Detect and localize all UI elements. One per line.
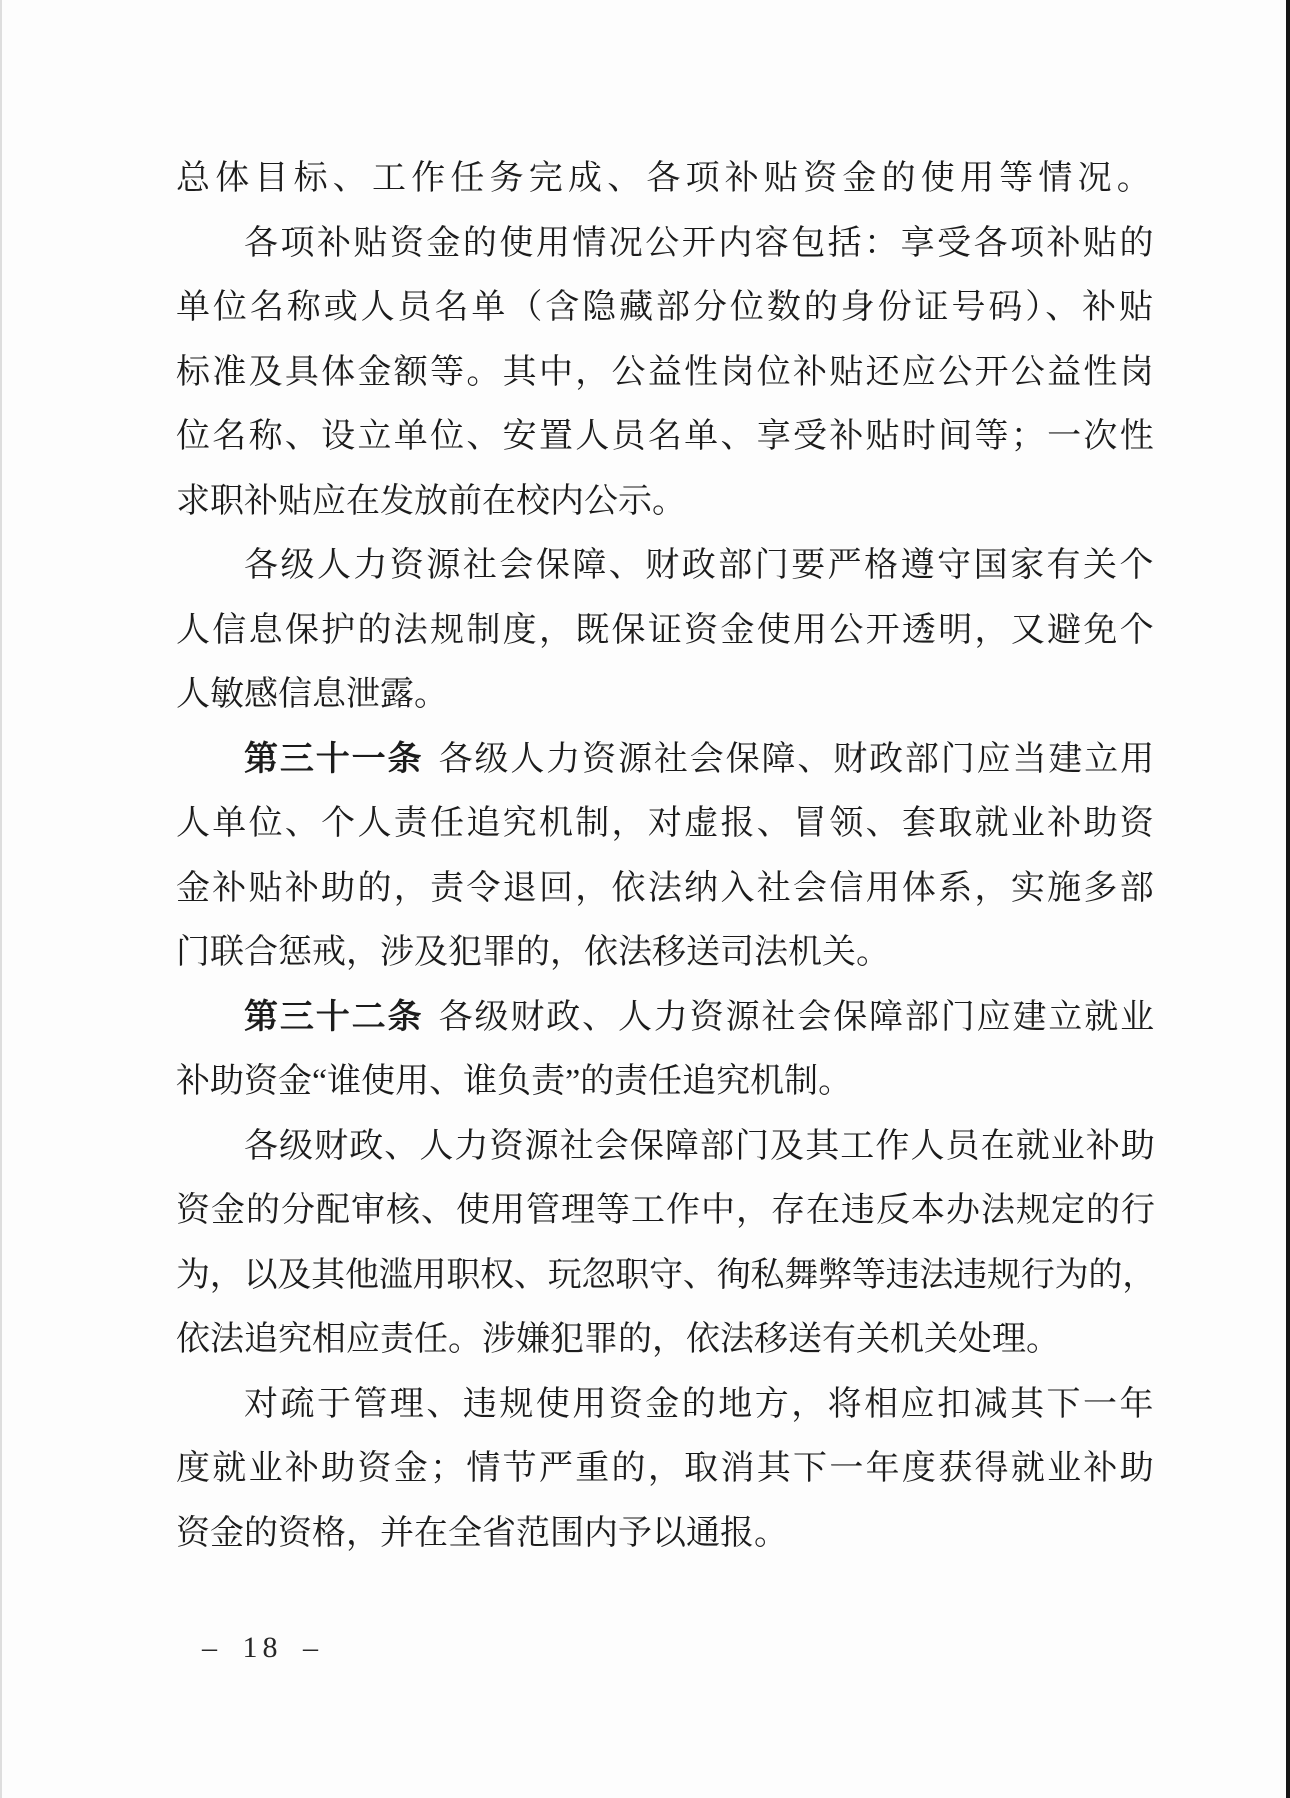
line-text: 度就业补助资金；情节严重的，取消其下一年度获得就业补助 [176,1450,1156,1487]
text-line: 标准及具体金额等。其中，公益性岗位补贴还应公开公益性岗 [176,341,1156,406]
document-page: 总体目标、工作任务完成、各项补贴资金的使用等情况。各项补贴资金的使用情况公开内容… [0,0,1290,1798]
line-text: 求职补贴应在发放前在校内公示。 [176,483,686,520]
line-text: 各级人力资源社会保障、财政部门要严格遵守国家有关个 [244,547,1156,584]
text-line: 第三十一条各级人力资源社会保障、财政部门应当建立用 [176,728,1156,793]
text-line: 资金的分配审核、使用管理等工作中，存在违反本办法规定的行 [176,1179,1156,1244]
text-line: 人信息保护的法规制度，既保证资金使用公开透明，又避免个 [176,599,1156,664]
text-line: 人敏感信息泄露。 [176,663,1156,728]
text-line: 人单位、个人责任追究机制，对虚报、冒领、套取就业补助资 [176,792,1156,857]
line-text: 标准及具体金额等。其中，公益性岗位补贴还应公开公益性岗 [176,354,1156,391]
article-number: 第三十二条 [244,999,423,1036]
text-line: 求职补贴应在发放前在校内公示。 [176,470,1156,535]
text-line: 依法追究相应责任。涉嫌犯罪的，依法移送有关机关处理。 [176,1308,1156,1373]
document-body: 总体目标、工作任务完成、各项补贴资金的使用等情况。各项补贴资金的使用情况公开内容… [176,147,1156,1566]
line-text: 各级财政、人力资源社会保障部门及其工作人员在就业补助 [244,1128,1156,1165]
line-text: 资金的分配审核、使用管理等工作中，存在违反本办法规定的行 [176,1192,1156,1229]
article-number: 第三十一条 [244,741,423,778]
text-line: 各级财政、人力资源社会保障部门及其工作人员在就业补助 [176,1115,1156,1180]
line-text: 对疏于管理、违规使用资金的地方，将相应扣减其下一年 [244,1386,1156,1423]
line-text: 总体目标、工作任务完成、各项补贴资金的使用等情况。 [176,160,1156,197]
text-line: 位名称、设立单位、安置人员名单、享受补贴时间等；一次性 [176,405,1156,470]
text-line: 金补贴补助的，责令退回，依法纳入社会信用体系，实施多部 [176,857,1156,922]
line-text: 依法追究相应责任。涉嫌犯罪的，依法移送有关机关处理。 [176,1321,1060,1358]
line-text: 资金的资格，并在全省范围内予以通报。 [176,1515,788,1552]
line-text: 金补贴补助的，责令退回，依法纳入社会信用体系，实施多部 [176,870,1156,907]
line-text: 人敏感信息泄露。 [176,676,448,713]
text-line: 为，以及其他滥用职权、玩忽职守、徇私舞弊等违法违规行为的， [176,1244,1156,1309]
text-line: 第三十二条各级财政、人力资源社会保障部门应建立就业 [176,986,1156,1051]
line-text: 单位名称或人员名单（含隐藏部分位数的身份证号码）、补贴 [176,289,1156,326]
line-text: 位名称、设立单位、安置人员名单、享受补贴时间等；一次性 [176,418,1156,455]
line-text: 各级人力资源社会保障、财政部门应当建立用 [439,741,1156,778]
line-text: 各项补贴资金的使用情况公开内容包括：享受各项补贴的 [244,225,1156,262]
text-line: 总体目标、工作任务完成、各项补贴资金的使用等情况。 [176,147,1156,212]
page-number: – 18 – [202,1628,323,1668]
text-line: 门联合惩戒，涉及犯罪的，依法移送司法机关。 [176,921,1156,986]
line-text: 补助资金“谁使用、谁负责”的责任追究机制。 [176,1063,852,1100]
text-line: 各项补贴资金的使用情况公开内容包括：享受各项补贴的 [176,212,1156,277]
line-text: 人信息保护的法规制度，既保证资金使用公开透明，又避免个 [176,612,1156,649]
line-text: 人单位、个人责任追究机制，对虚报、冒领、套取就业补助资 [176,805,1156,842]
text-line: 补助资金“谁使用、谁负责”的责任追究机制。 [176,1050,1156,1115]
line-text: 各级财政、人力资源社会保障部门应建立就业 [439,999,1156,1036]
text-line: 对疏于管理、违规使用资金的地方，将相应扣减其下一年 [176,1373,1156,1438]
text-line: 资金的资格，并在全省范围内予以通报。 [176,1502,1156,1567]
line-text: 为，以及其他滥用职权、玩忽职守、徇私舞弊等违法违规行为的， [176,1257,1156,1294]
text-line: 度就业补助资金；情节严重的，取消其下一年度获得就业补助 [176,1437,1156,1502]
scan-edge-left [0,0,2,1798]
scan-edge-right [1286,0,1290,1798]
text-line: 单位名称或人员名单（含隐藏部分位数的身份证号码）、补贴 [176,276,1156,341]
line-text: 门联合惩戒，涉及犯罪的，依法移送司法机关。 [176,934,890,971]
text-line: 各级人力资源社会保障、财政部门要严格遵守国家有关个 [176,534,1156,599]
